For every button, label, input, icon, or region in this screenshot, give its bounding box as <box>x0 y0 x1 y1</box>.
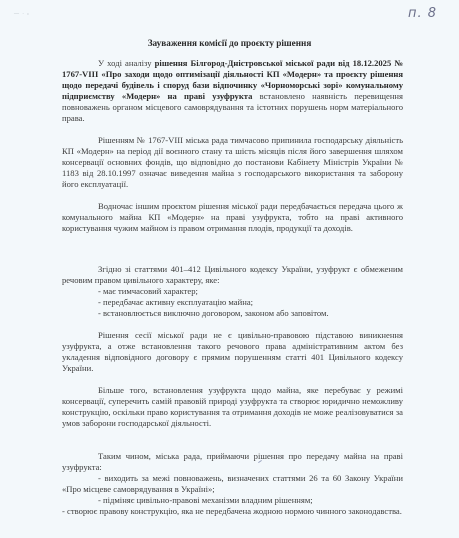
corner-mark: — · › <box>14 12 30 17</box>
list-item: - виходить за межі повноважень, визначен… <box>62 473 403 495</box>
list-item: - встановлюється виключно договором, зак… <box>62 308 403 319</box>
list-item: - створює правову конструкцію, яка не пе… <box>62 506 403 517</box>
paragraph-conservation: Більше того, встановлення узуфрукта щодо… <box>62 385 403 429</box>
handwritten-page-number: п. 8 <box>408 6 437 21</box>
paragraph-analysis-lead: У ході аналізу <box>98 58 155 68</box>
paragraph-conclusion: Таким чином, міська рада, приймаючи ріше… <box>62 451 403 517</box>
list-item: - передбачає активну експлуатацію майна; <box>62 297 403 308</box>
paragraph-civil-code: Згідно зі статтями 401–412 Цивільного ко… <box>62 264 403 319</box>
paragraph-session-decision: Рішення сесії міської ради не є цивільно… <box>62 330 403 374</box>
list-item: - має тимчасовий характер; <box>62 286 403 297</box>
list-item: - підміняє цивільно-правові механізми вл… <box>62 495 403 506</box>
document-page: — · › п. 8 Зауваження комісії до проєкту… <box>0 0 459 538</box>
paragraph-conclusion-intro: Таким чином, міська рада, приймаючи ріше… <box>62 451 403 473</box>
document-title: Зауваження комісії до проєкту рішення <box>0 38 459 48</box>
paragraph-usufruct-transfer: Водночас іншим проєктом рішення міської … <box>62 201 403 234</box>
paragraph-decision-1767: Рішенням № 1767-VIII міська рада тимчасо… <box>62 135 403 190</box>
paragraph-civil-code-intro: Згідно зі статтями 401–412 Цивільного ко… <box>62 264 403 286</box>
paragraph-analysis: У ході аналізу рішення Білгород-Дністров… <box>62 58 403 124</box>
